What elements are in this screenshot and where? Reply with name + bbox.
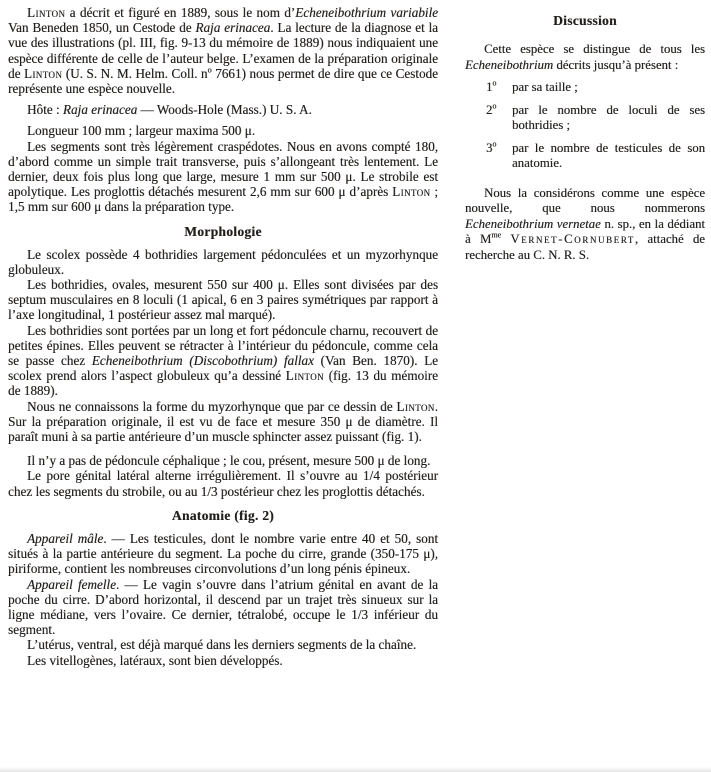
distinction-intro-paragraph: Cette espèce se distingue de tous les Ec… [465,42,705,73]
genital-pore-paragraph: Le pore génital latéral alterne irréguli… [8,468,438,498]
scolex-paragraph: Le scolex possède 4 bothridies largement… [8,247,438,277]
bothridies-peduncle-paragraph: Les bothridies sont portées par un long … [8,323,438,399]
conclusion-paragraph: Nous la considérons comme une espèce nou… [465,186,705,264]
right-column: Discussion Cette espèce se distingue de … [465,5,705,668]
list-item-marker: 2o [486,103,512,134]
uterus-paragraph: L’utérus, ventral, est déjà marqué dans … [8,637,438,652]
list-item-marker: 3o [486,141,512,172]
host-line: Hôte : Raja erinacea — Woods-Hole (Mass.… [8,102,438,117]
list-item-taille: 1o par sa taille ; [486,80,705,96]
heading-discussion: Discussion [465,13,705,29]
list-item-loculi: 2o par le nombre de loculi de ses bothri… [486,103,705,134]
list-item-text: par sa taille ; [512,80,705,96]
distinction-list: 1o par sa taille ; 2o par le nombre de l… [486,80,705,172]
vitellogenes-paragraph: Les vitellogènes, latéraux, sont bien dé… [8,653,438,668]
female-apparatus-paragraph: Appareil femelle. — Le vagin s’ouvre dan… [8,577,438,638]
myzorhynque-paragraph: Nous ne connaissons la forme du myzorhyn… [8,399,438,445]
heading-anatomie: Anatomie (fig. 2) [8,508,438,524]
left-column: Linton a décrit et figuré en 1889, sous … [8,5,438,668]
male-apparatus-paragraph: Appareil mâle. — Les testicules, dont le… [8,531,438,577]
scan-edge-shadow [0,767,711,772]
list-item-text: par le nombre de testicules de son anato… [512,141,705,172]
dimensions-line: Longueur 100 mm ; largeur maxima 500 μ. [8,123,438,138]
list-item-marker: 1o [486,80,512,96]
neck-paragraph: Il n’y a pas de pédoncule céphalique ; l… [8,453,438,468]
heading-morphologie: Morphologie [8,224,438,240]
list-item-text: par le nombre de loculi de ses bothridie… [512,103,705,134]
document-page: Linton a décrit et figuré en 1889, sous … [0,0,711,668]
segments-paragraph: Les segments sont très légèrement craspé… [8,139,438,215]
intro-paragraph: Linton a décrit et figuré en 1889, sous … [8,5,438,96]
bothridies-size-paragraph: Les bothridies, ovales, mesurent 550 sur… [8,277,438,323]
list-item-testicules: 3o par le nombre de testicules de son an… [486,141,705,172]
